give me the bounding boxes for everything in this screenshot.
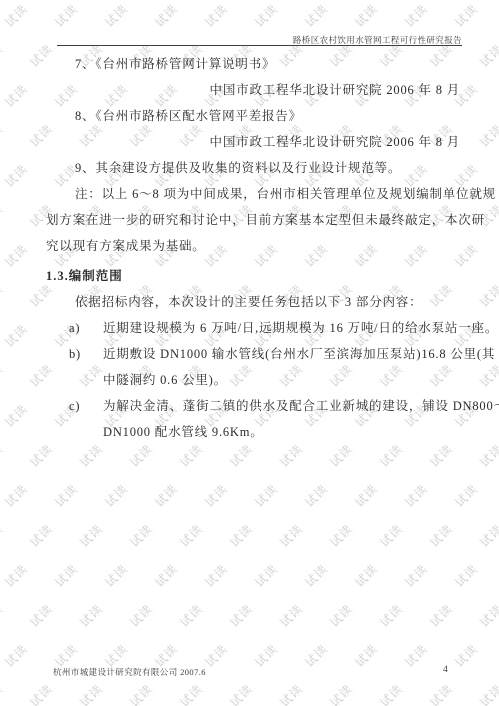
watermark-text: 试读 <box>176 600 206 630</box>
list-marker: c) <box>69 393 103 419</box>
watermark-text: 试读 <box>326 520 356 550</box>
watermark-text: 试读 <box>476 120 499 150</box>
watermark-text: 试读 <box>1 80 31 110</box>
watermark-text: 试读 <box>1 400 31 430</box>
watermark-text: 试读 <box>76 680 106 706</box>
watermark-text: 试读 <box>451 640 481 670</box>
footer-company: 杭州市城建设计研究院有限公司 2007.6 <box>53 666 206 678</box>
watermark-text: 试读 <box>251 640 281 670</box>
reference-source: 中国市政工程华北设计研究院 2006 年 8 月 <box>46 77 462 103</box>
watermark-text: 试读 <box>176 520 206 550</box>
watermark-text: 试读 <box>151 480 181 510</box>
list-item-b: b) 近期敷设 DN1000 输水管线(台州水厂至滨海加压泵站)16.8 公里(… <box>46 341 462 367</box>
list-item-c-continuation: DN1000 配水管线 9.6Km。 <box>46 419 462 445</box>
watermark-text: 试读 <box>301 640 331 670</box>
watermark-text: 试读 <box>301 0 331 30</box>
watermark-text: 试读 <box>276 520 306 550</box>
watermark-text: 试读 <box>201 560 231 590</box>
watermark-text: 试读 <box>226 600 256 630</box>
watermark-text: 试读 <box>426 520 456 550</box>
watermark-text: 试读 <box>426 600 456 630</box>
watermark-text: 试读 <box>476 440 499 470</box>
watermark-text: 试读 <box>0 40 6 70</box>
watermark-text: 试读 <box>126 680 156 706</box>
watermark-text: 试读 <box>1 160 31 190</box>
watermark-text: 试读 <box>301 560 331 590</box>
watermark-text: 试读 <box>1 480 31 510</box>
watermark-text: 试读 <box>401 560 431 590</box>
note-paragraph-line: 划方案在进一步的研究和讨论中，目前方案基本定型但未最终敲定，本次研 <box>46 207 462 233</box>
watermark-text: 试读 <box>351 640 381 670</box>
list-item-a: a) 近期建设规模为 6 万吨/日,远期规模为 16 万吨/日的给水泵站一座。 <box>46 315 462 341</box>
watermark-text: 试读 <box>451 0 481 30</box>
watermark-text: 试读 <box>26 600 56 630</box>
list-marker: b) <box>69 341 103 367</box>
watermark-text: 试读 <box>76 600 106 630</box>
list-marker: a) <box>69 315 103 341</box>
watermark-text: 试读 <box>351 0 381 30</box>
watermark-text: 试读 <box>101 0 131 30</box>
header-rule <box>57 45 462 46</box>
watermark-text: 试读 <box>0 280 6 310</box>
watermark-text: 试读 <box>401 0 431 30</box>
watermark-text: 试读 <box>0 360 6 390</box>
reference-source: 中国市政工程华北设计研究院 2006 年 8 月 <box>46 129 462 155</box>
watermark-text: 试读 <box>451 560 481 590</box>
watermark-text: 试读 <box>326 680 356 706</box>
watermark-text: 试读 <box>426 680 456 706</box>
watermark-text: 试读 <box>151 0 181 30</box>
watermark-text: 试读 <box>401 640 431 670</box>
note-paragraph-line: 究以现有方案成果为基础。 <box>46 233 462 259</box>
watermark-text: 试读 <box>76 520 106 550</box>
watermark-text: 试读 <box>476 600 499 630</box>
reference-item-7: 7、《台州市路桥管网计算说明书》 <box>46 51 462 77</box>
watermark-text: 试读 <box>126 520 156 550</box>
watermark-text: 试读 <box>1 640 31 670</box>
watermark-text: 试读 <box>0 200 6 230</box>
watermark-text: 试读 <box>276 680 306 706</box>
list-item-text: 近期建设规模为 6 万吨/日,远期规模为 16 万吨/日的给水泵站一座。 <box>103 315 498 341</box>
watermark-text: 试读 <box>351 560 381 590</box>
watermark-text: 试读 <box>276 600 306 630</box>
watermark-text: 试读 <box>0 680 6 706</box>
watermark-text: 试读 <box>251 480 281 510</box>
watermark-text: 试读 <box>301 480 331 510</box>
watermark-text: 试读 <box>51 480 81 510</box>
reference-item-8: 8、《台州市路桥区配水管网平差报告》 <box>46 103 462 129</box>
watermark-text: 试读 <box>326 600 356 630</box>
watermark-text: 试读 <box>126 600 156 630</box>
watermark-text: 试读 <box>0 440 6 470</box>
section-intro-line: 依据招标内容，本次设计的主要任务包括以下 3 部分内容： <box>46 289 462 315</box>
watermark-text: 试读 <box>376 680 406 706</box>
watermark-text: 试读 <box>0 520 6 550</box>
watermark-text: 试读 <box>26 520 56 550</box>
watermark-text: 试读 <box>1 0 31 30</box>
watermark-text: 试读 <box>476 40 499 70</box>
note-paragraph-line: 注：以上 6～8 项为中间成果，台州市相关管理单位及规划编制单位就规 <box>46 181 462 207</box>
watermark-text: 试读 <box>1 560 31 590</box>
page-number: 4 <box>443 665 448 675</box>
watermark-text: 试读 <box>201 0 231 30</box>
watermark-text: 试读 <box>51 0 81 30</box>
watermark-text: 试读 <box>101 560 131 590</box>
watermark-text: 试读 <box>476 280 499 310</box>
document-body: 7、《台州市路桥管网计算说明书》 中国市政工程华北设计研究院 2006 年 8 … <box>46 51 462 445</box>
watermark-text: 试读 <box>451 480 481 510</box>
list-item-b-continuation: 中隧洞约 0.6 公里)。 <box>46 367 462 393</box>
watermark-text: 试读 <box>1 320 31 350</box>
watermark-text: 试读 <box>351 480 381 510</box>
document-page: 试读试读试读试读试读试读试读试读试读试读试读试读试读试读试读试读试读试读试读试读… <box>0 0 499 706</box>
watermark-text: 试读 <box>0 600 6 630</box>
watermark-text: 试读 <box>251 0 281 30</box>
watermark-text: 试读 <box>251 560 281 590</box>
watermark-text: 试读 <box>401 480 431 510</box>
watermark-text: 试读 <box>376 520 406 550</box>
watermark-text: 试读 <box>226 520 256 550</box>
watermark-text: 试读 <box>376 600 406 630</box>
section-heading: 1.3.编制范围 <box>46 263 462 289</box>
reference-item-9: 9、其余建设方提供及收集的资料以及行业设计规范等。 <box>46 155 462 181</box>
watermark-text: 试读 <box>101 480 131 510</box>
watermark-text: 试读 <box>1 240 31 270</box>
list-item-text: 为解决金清、蓬街二镇的供水及配合工业新城的建设，铺设 DN800～ <box>103 393 499 419</box>
watermark-text: 试读 <box>26 680 56 706</box>
watermark-text: 试读 <box>476 520 499 550</box>
list-item-text: 近期敷设 DN1000 输水管线(台州水厂至滨海加压泵站)16.8 公里(其 <box>103 341 495 367</box>
watermark-text: 试读 <box>176 680 206 706</box>
list-item-c: c) 为解决金清、蓬街二镇的供水及配合工业新城的建设，铺设 DN800～ <box>46 393 462 419</box>
watermark-text: 试读 <box>51 560 81 590</box>
watermark-text: 试读 <box>0 120 6 150</box>
watermark-text: 试读 <box>151 560 181 590</box>
watermark-text: 试读 <box>201 480 231 510</box>
watermark-text: 试读 <box>226 680 256 706</box>
watermark-text: 试读 <box>476 680 499 706</box>
